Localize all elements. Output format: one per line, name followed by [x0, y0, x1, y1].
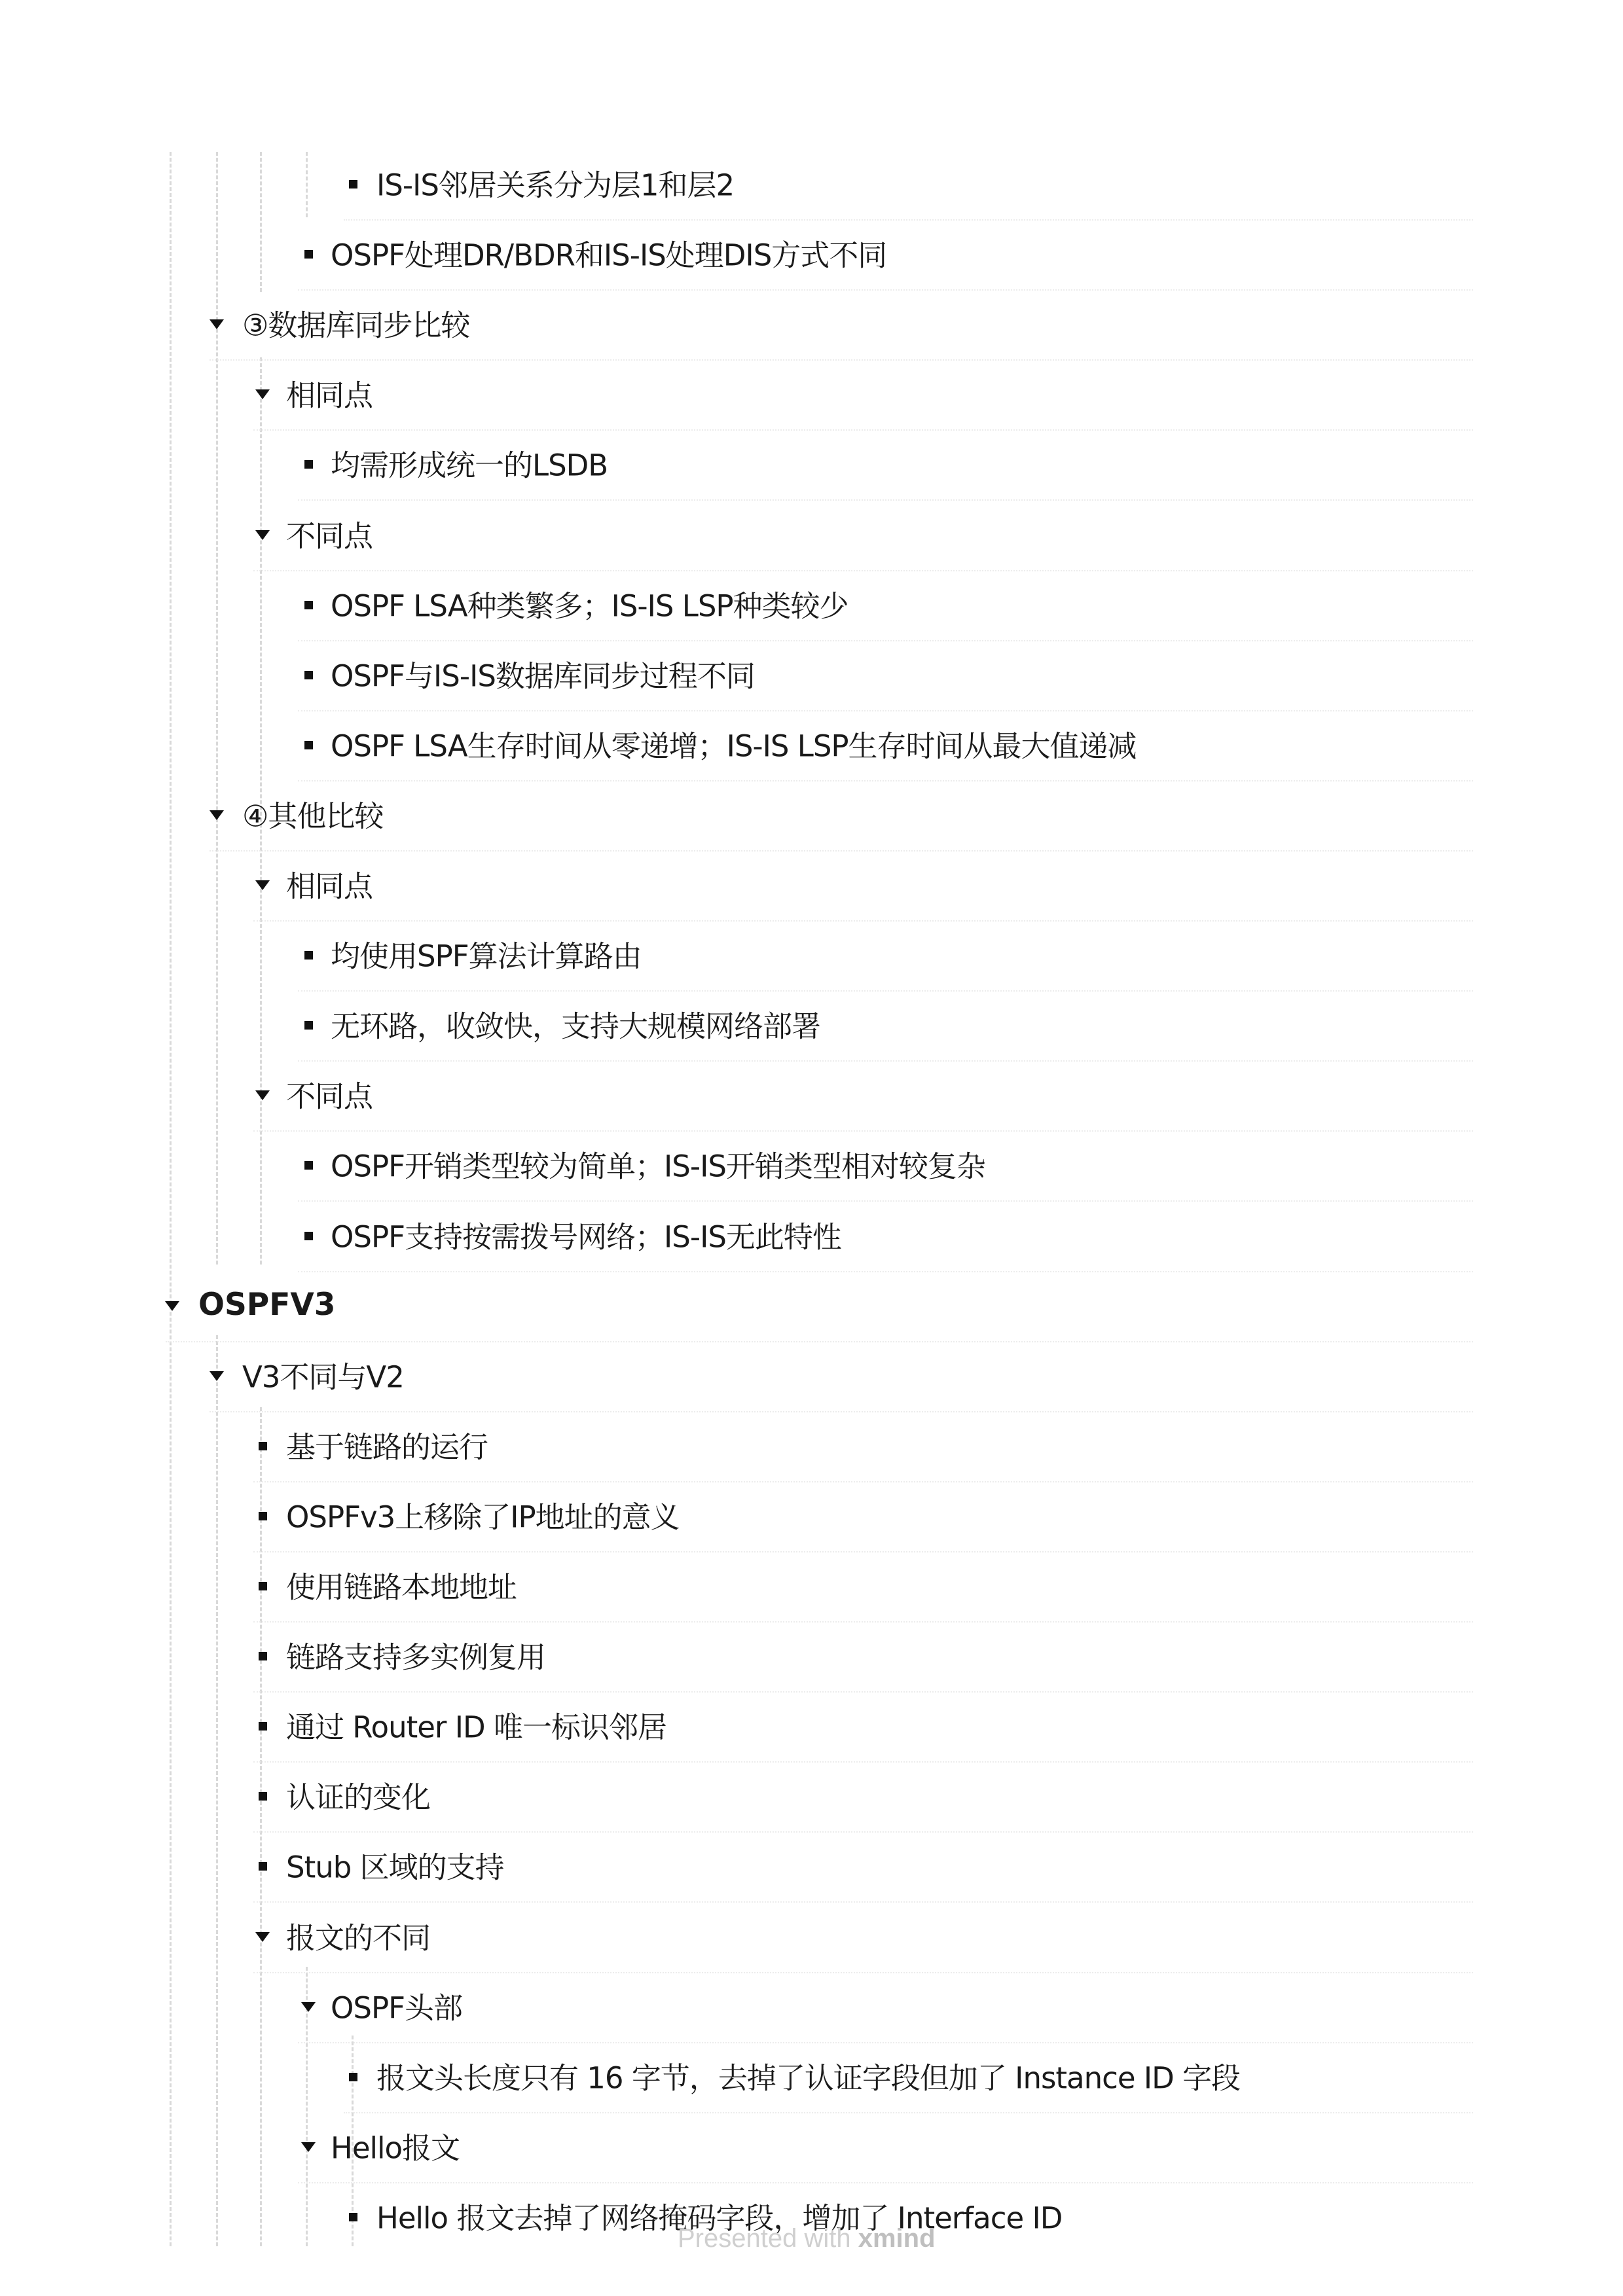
bullet-square-icon [251, 1621, 274, 1691]
bullet-square-icon [251, 1481, 274, 1551]
square-icon [259, 1582, 267, 1590]
triangle-down-icon [301, 2142, 316, 2152]
outline-item-label: 通过 Router ID 唯一标识邻居 [286, 1703, 666, 1746]
outline-row[interactable]: 基于链路的运行 [0, 1411, 1473, 1481]
collapse-triangle-icon[interactable] [251, 500, 274, 570]
outline-row[interactable]: ④其他比较 [0, 780, 1473, 850]
bullet-square-icon [342, 2182, 364, 2252]
collapse-triangle-icon[interactable] [206, 289, 228, 359]
outline-item-label: OSPF LSA生存时间从零递增；IS-IS LSP生存时间从最大值递减 [331, 722, 1137, 764]
square-icon [259, 1512, 267, 1520]
watermark-prefix: Presented with [678, 2224, 858, 2253]
square-icon [349, 2073, 357, 2081]
outline-row[interactable]: 不同点 [0, 1060, 1473, 1130]
outline-row[interactable]: Stub 区域的支持 [0, 1831, 1473, 1901]
bullet-square-icon [342, 2042, 364, 2112]
collapse-triangle-icon[interactable] [297, 2112, 319, 2182]
outline-item-label: 相同点 [286, 371, 373, 414]
outline-row[interactable]: OSPF LSA生存时间从零递增；IS-IS LSP生存时间从最大值递减 [0, 710, 1473, 780]
collapse-triangle-icon[interactable] [206, 780, 228, 850]
outline-item-label: 均使用SPF算法计算路由 [331, 932, 642, 975]
outline-row[interactable]: 报文的不同 [0, 1902, 1473, 1972]
bullet-square-icon [297, 920, 319, 990]
square-icon [304, 250, 313, 259]
outline-row[interactable]: 不同点 [0, 500, 1473, 570]
triangle-down-icon [255, 1090, 270, 1100]
triangle-down-icon [255, 1932, 270, 1942]
bullet-square-icon [297, 219, 319, 289]
outline-item-label: OSPF处理DR/BDR和IS-IS处理DIS方式不同 [331, 231, 886, 274]
outline-row[interactable]: 均需形成统一的LSDB [0, 429, 1473, 499]
outline-row[interactable]: IS-IS邻居关系分为层1和层2 [0, 149, 1473, 219]
outline-item-label: V3不同与V2 [242, 1353, 404, 1395]
triangle-down-icon [255, 880, 270, 890]
square-icon [349, 2213, 357, 2221]
outline-row[interactable]: 使用链路本地地址 [0, 1551, 1473, 1621]
outline-row[interactable]: OSPFV3 [0, 1271, 1473, 1341]
square-icon [304, 601, 313, 609]
outline-item-label: IS-IS邻居关系分为层1和层2 [376, 161, 734, 204]
outline-item-label: 认证的变化 [286, 1773, 430, 1816]
outline-row[interactable]: 均使用SPF算法计算路由 [0, 920, 1473, 990]
xmind-logo: xmind [858, 2224, 936, 2253]
triangle-down-icon [301, 2002, 316, 2012]
outline-row[interactable]: 通过 Router ID 唯一标识邻居 [0, 1691, 1473, 1761]
outline-row[interactable]: V3不同与V2 [0, 1341, 1473, 1411]
triangle-down-icon [210, 810, 224, 820]
bullet-square-icon [251, 1411, 274, 1481]
outline-row[interactable]: OSPF与IS-IS数据库同步过程不同 [0, 640, 1473, 710]
outline-item-label: 均需形成统一的LSDB [331, 441, 608, 484]
outline-row[interactable]: ③数据库同步比较 [0, 289, 1473, 359]
bullet-square-icon [251, 1761, 274, 1831]
outline-row[interactable]: OSPF LSA种类繁多；IS-IS LSP种类较少 [0, 570, 1473, 640]
triangle-down-icon [210, 319, 224, 329]
outline-item-label: Stub 区域的支持 [286, 1843, 504, 1886]
outline-item-label: 不同点 [286, 1072, 373, 1115]
square-icon [304, 1232, 313, 1240]
collapse-triangle-icon[interactable] [251, 850, 274, 920]
square-icon [259, 1792, 267, 1801]
triangle-down-icon [255, 530, 270, 540]
outline-item-label: OSPFv3上移除了IP地址的意义 [286, 1493, 680, 1535]
bullet-square-icon [297, 1201, 319, 1271]
triangle-down-icon [210, 1371, 224, 1381]
square-icon [304, 951, 313, 960]
bullet-square-icon [297, 1130, 319, 1200]
outline-row[interactable]: 相同点 [0, 359, 1473, 429]
outline-row[interactable]: OSPF处理DR/BDR和IS-IS处理DIS方式不同 [0, 219, 1473, 289]
outline-item-label: OSPF开销类型较为简单；IS-IS开销类型相对较复杂 [331, 1142, 985, 1185]
bullet-square-icon [251, 1831, 274, 1901]
outline-row[interactable]: 无环路，收敛快，支持大规模网络部署 [0, 990, 1473, 1060]
outline-row[interactable]: OSPF头部 [0, 1972, 1473, 2042]
outline-row[interactable]: 相同点 [0, 850, 1473, 920]
collapse-triangle-icon[interactable] [297, 1972, 319, 2042]
bullet-square-icon [297, 990, 319, 1060]
outline-item-label: 基于链路的运行 [286, 1423, 488, 1465]
square-icon [304, 671, 313, 679]
outline-item-label: ④其他比较 [242, 792, 383, 834]
bullet-square-icon [251, 1551, 274, 1621]
square-icon [304, 460, 313, 469]
collapse-triangle-icon[interactable] [251, 1902, 274, 1972]
outline-item-label: OSPFV3 [198, 1286, 335, 1322]
outline-row[interactable]: OSPF开销类型较为简单；IS-IS开销类型相对较复杂 [0, 1130, 1473, 1200]
outline-item-label: 无环路，收敛快，支持大规模网络部署 [331, 1002, 820, 1045]
square-icon [259, 1652, 267, 1660]
square-icon [259, 1862, 267, 1871]
outline-row[interactable]: OSPF支持按需拨号网络；IS-IS无此特性 [0, 1201, 1473, 1271]
collapse-triangle-icon[interactable] [251, 359, 274, 429]
bullet-square-icon [297, 429, 319, 499]
outline-item-label: 相同点 [286, 862, 373, 905]
outline-item-label: 链路支持多实例复用 [286, 1633, 545, 1676]
square-icon [304, 1021, 313, 1030]
square-icon [259, 1442, 267, 1450]
outline-item-label: 不同点 [286, 512, 373, 554]
triangle-down-icon [165, 1301, 179, 1311]
collapse-triangle-icon[interactable] [206, 1341, 228, 1411]
outline-item-label: Hello报文 [331, 2124, 460, 2166]
outline-row[interactable]: 报文头长度只有 16 字节，去掉了认证字段但加了 Instance ID 字段 [0, 2042, 1473, 2112]
triangle-down-icon [255, 389, 270, 399]
outline-item-label: OSPF支持按需拨号网络；IS-IS无此特性 [331, 1213, 841, 1255]
outline-row[interactable]: 认证的变化 [0, 1761, 1473, 1831]
outline-item-label: ③数据库同步比较 [242, 301, 469, 344]
square-icon [304, 741, 313, 749]
square-icon [304, 1161, 313, 1170]
watermark: Presented with xmind [678, 2224, 936, 2253]
bullet-square-icon [297, 710, 319, 780]
square-icon [349, 180, 357, 188]
outline-row[interactable]: Hello报文 [0, 2112, 1473, 2182]
bullet-square-icon [251, 1691, 274, 1761]
bullet-square-icon [297, 640, 319, 710]
square-icon [259, 1722, 267, 1731]
collapse-triangle-icon[interactable] [251, 1060, 274, 1130]
outline-item-label: 使用链路本地地址 [286, 1563, 517, 1605]
bullet-square-icon [297, 570, 319, 640]
outline-item-label: 报文的不同 [286, 1914, 430, 1956]
outline-item-label: OSPF LSA种类繁多；IS-IS LSP种类较少 [331, 582, 848, 624]
outline-item-label: OSPF与IS-IS数据库同步过程不同 [331, 652, 755, 694]
outline-item-label: 报文头长度只有 16 字节，去掉了认证字段但加了 Instance ID 字段 [376, 2054, 1240, 2096]
collapse-triangle-icon[interactable] [161, 1271, 183, 1341]
outline-row[interactable]: OSPFv3上移除了IP地址的意义 [0, 1481, 1473, 1551]
bullet-square-icon [342, 149, 364, 219]
outline-row[interactable]: 链路支持多实例复用 [0, 1621, 1473, 1691]
outline-item-label: OSPF头部 [331, 1984, 462, 2026]
